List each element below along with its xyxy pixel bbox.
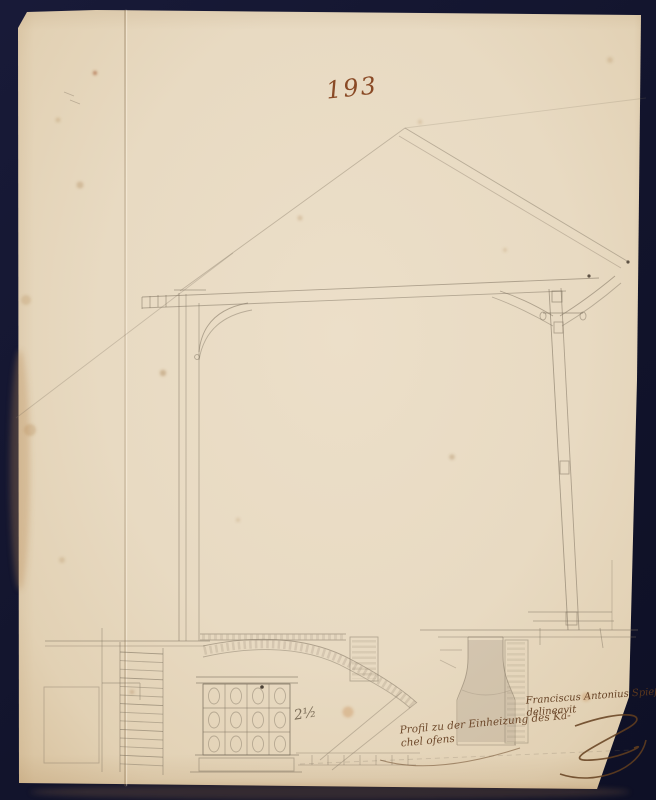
tiled-stove [190, 677, 420, 772]
floor-lines [45, 560, 638, 764]
left-post [179, 293, 252, 641]
stair-ladder [44, 628, 163, 775]
paper-toning [10, 350, 630, 800]
architectural-section-drawing [0, 0, 656, 800]
tie-beam [142, 278, 599, 309]
scan-backing: 193 2½ Profil zu der Einheizung des Ka- … [0, 0, 656, 800]
right-post [492, 260, 630, 630]
pencil-linework [16, 92, 646, 775]
flue-shading [458, 640, 514, 742]
roof-lines [16, 98, 646, 418]
stray-marks [64, 92, 80, 104]
foxing-stains [21, 57, 613, 718]
